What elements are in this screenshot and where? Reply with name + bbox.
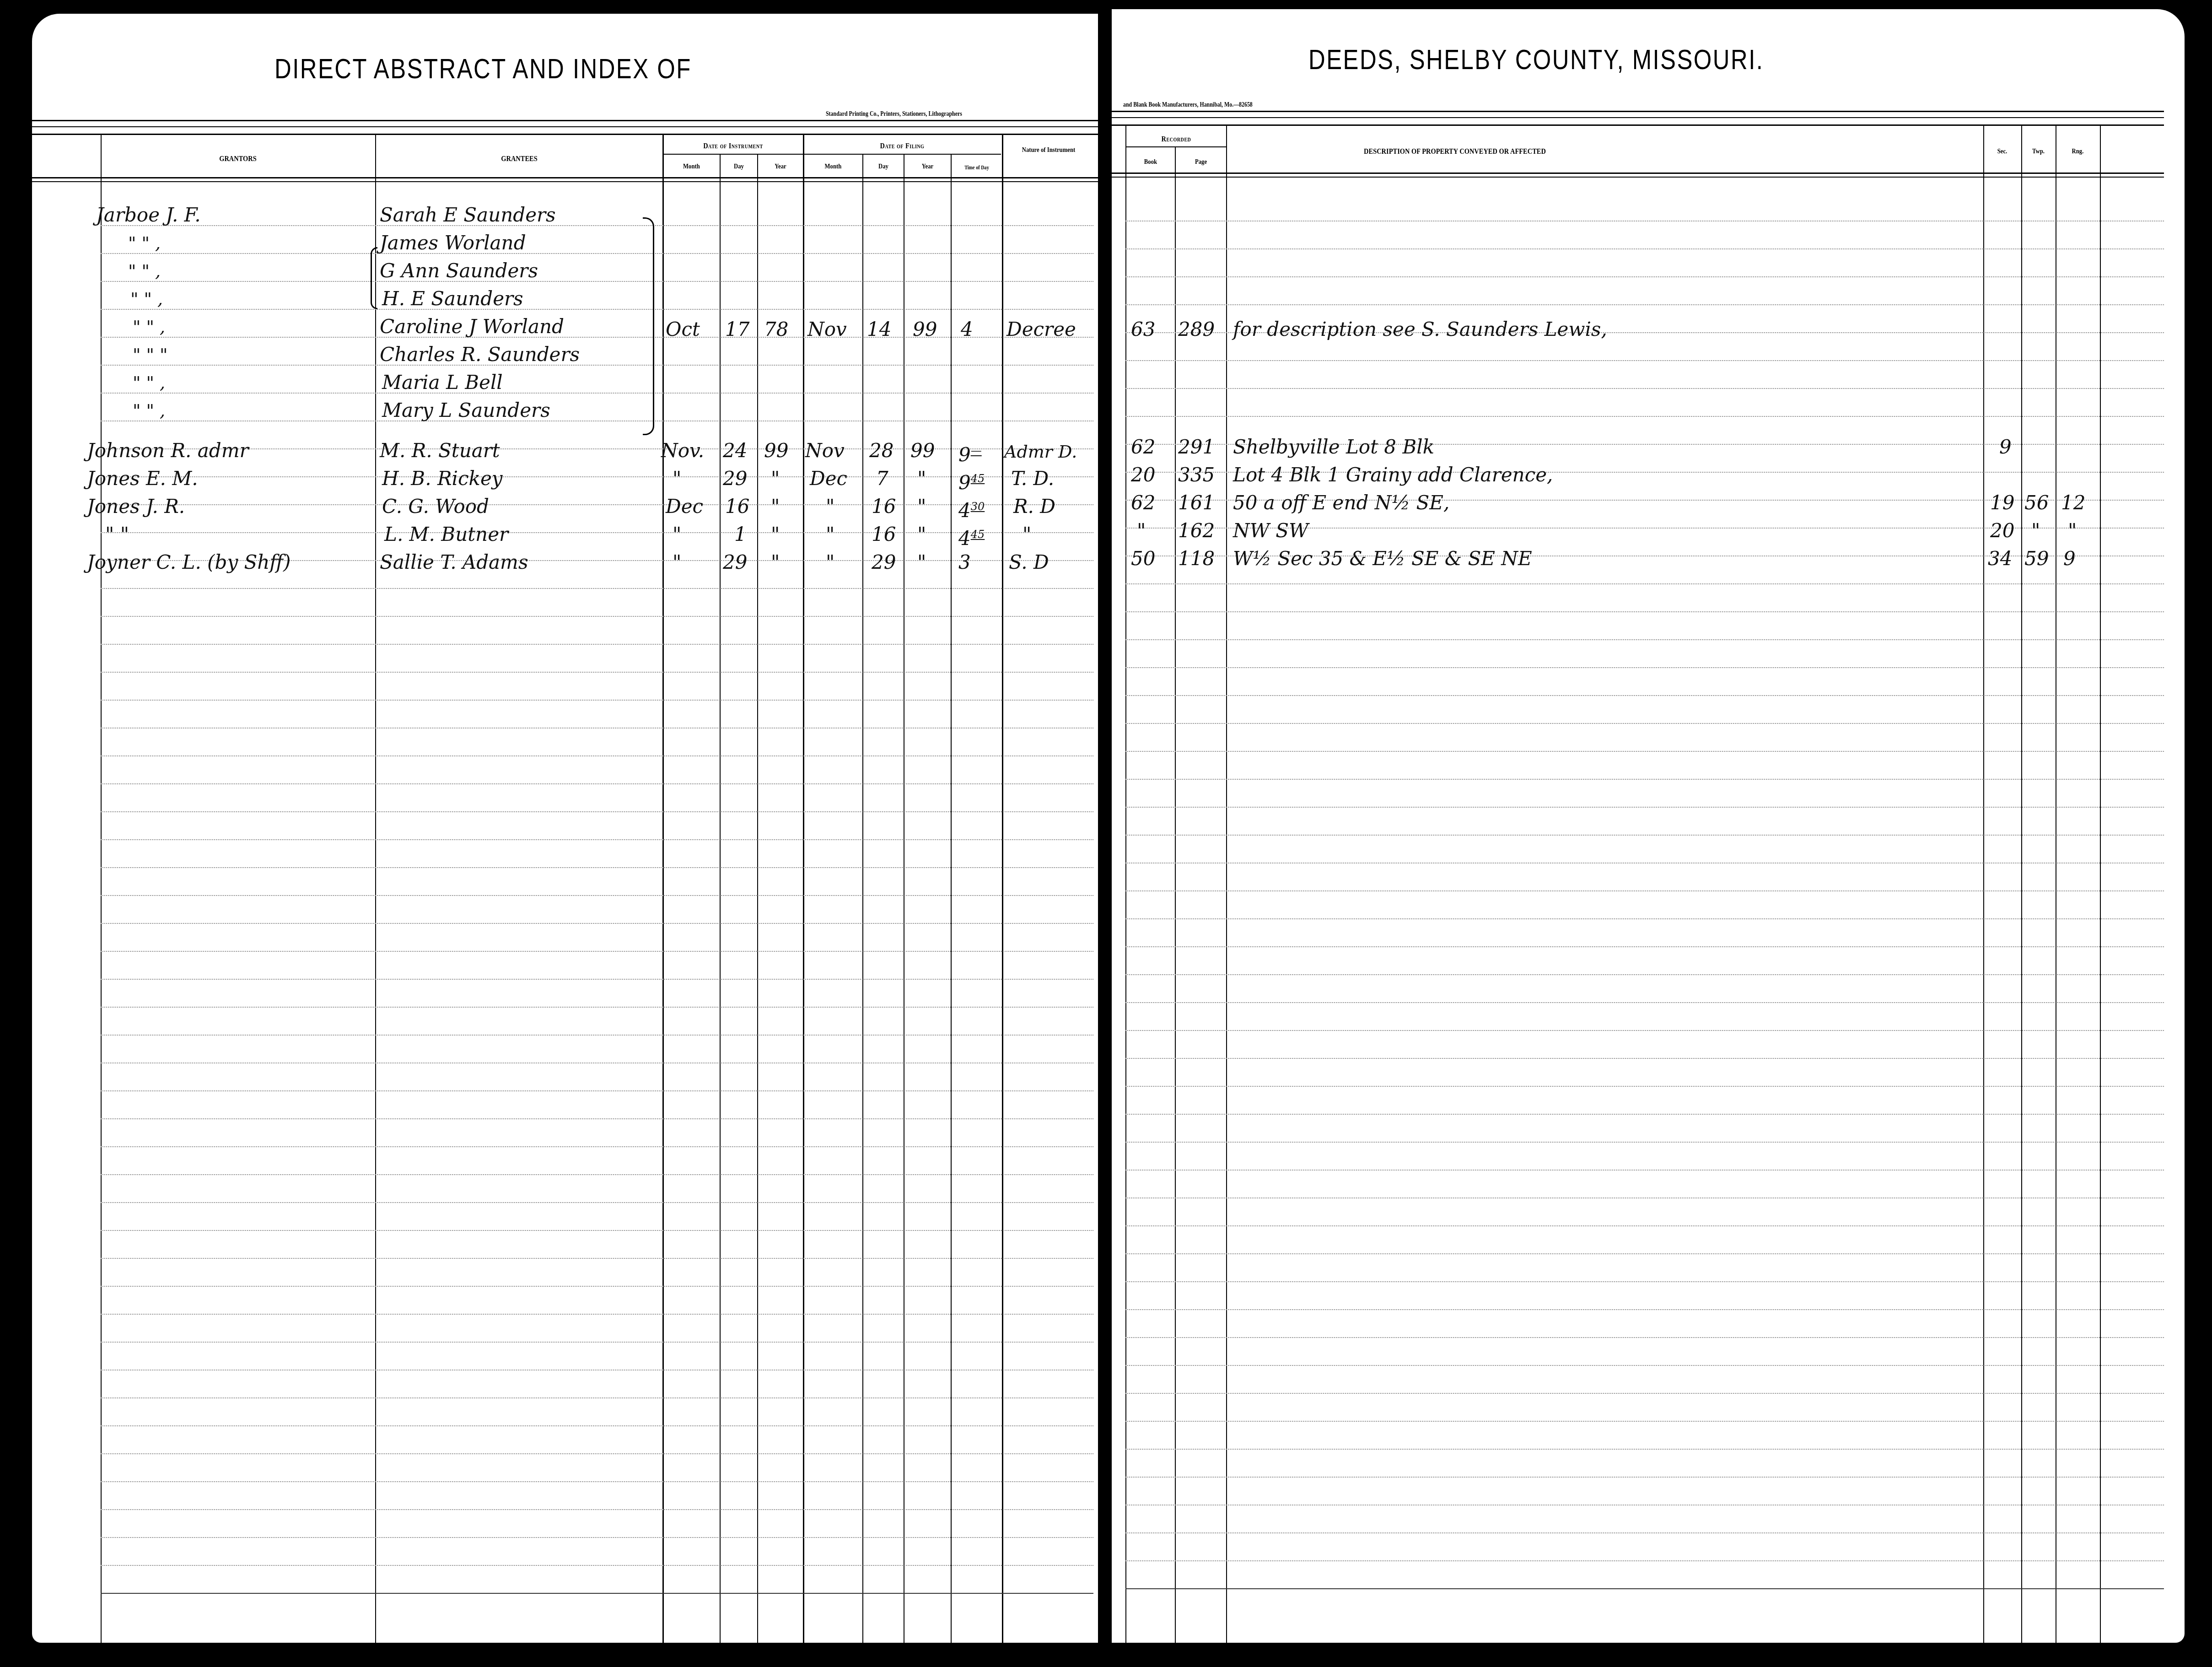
entry-3-book: 20	[1131, 464, 1155, 486]
printer-imprint-right: and Blank Book Manufacturers, Hannibal, …	[1123, 102, 1253, 109]
entry-6-nature: S. D	[1009, 551, 1049, 574]
entry-1-grantor-ditto: " " ,	[133, 399, 165, 422]
entry-5-time: 445	[958, 523, 985, 550]
entry-2-description: Shelbyville Lot 8 Blk	[1233, 436, 1434, 459]
entry-1-file-month: Nov	[807, 318, 847, 341]
entry-5-inst-day: 1	[734, 523, 747, 546]
entry-6-file-day: 29	[872, 551, 896, 574]
entry-4-inst-year: "	[771, 495, 780, 518]
entry-3-inst-year: "	[771, 467, 780, 490]
entry-2-inst-year: 99	[764, 439, 788, 462]
entry-2-grantor: Johnson R. admr	[87, 439, 249, 462]
entry-2-nature: Admr D.	[1004, 440, 1077, 463]
entry-6-time: 3	[958, 551, 971, 574]
entry-5-grantor: " "	[105, 523, 129, 546]
header-time-of-day: Time of Day	[955, 163, 998, 172]
entry-5-description: NW SW	[1233, 519, 1308, 542]
entry-6-inst-month: "	[673, 551, 681, 574]
entry-6-page: 118	[1178, 547, 1215, 570]
entry-4-sec: 19	[1990, 491, 2014, 514]
entry-2-grantee: M. R. Stuart	[380, 439, 500, 462]
entry-4-inst-day: 16	[725, 495, 749, 518]
entry-6-inst-year: "	[771, 551, 780, 574]
entry-3-grantee: H. B. Rickey	[382, 467, 503, 490]
entry-4-file-year: "	[917, 495, 926, 518]
header-inst-year: Year	[761, 162, 799, 171]
entry-2-page: 291	[1178, 436, 1215, 459]
entry-5-inst-year: "	[771, 523, 780, 546]
header-file-year: Year	[908, 162, 947, 171]
header-file-month: Month	[808, 162, 858, 171]
entry-3-file-month: Dec	[810, 467, 847, 490]
entry-4-nature: R. D	[1013, 495, 1055, 518]
entry-4-grantee: C. G. Wood	[382, 495, 489, 518]
entry-3-inst-month: "	[673, 467, 681, 490]
entry-4-file-day: 16	[872, 495, 896, 518]
entry-1-grantor-ditto: " " "	[133, 343, 168, 366]
book-edge-right	[2185, 0, 2212, 1667]
header-date-of-instrument: Date of Instrument	[674, 142, 792, 150]
entry-1-grantee: Sarah E Saunders	[380, 204, 556, 227]
entry-2-file-month: Nov	[805, 439, 845, 462]
page-title-right: DEEDS, SHELBY COUNTY, MISSOURI.	[1308, 43, 1764, 76]
entry-4-book: 62	[1131, 491, 1155, 514]
entry-2-time: 9—	[958, 439, 982, 466]
entry-4-time: 430	[958, 495, 985, 522]
entry-2-file-day: 28	[869, 439, 893, 462]
entry-1-grantor: Jarboe J. F.	[96, 204, 201, 227]
entry-6-file-year: "	[917, 551, 926, 574]
left-page: DIRECT ABSTRACT AND INDEX OF Standard Pr…	[32, 14, 1098, 1643]
entry-1-grantor-ditto: " " ,	[128, 259, 161, 282]
entry-1-page: 289	[1178, 318, 1215, 341]
header-book: Book	[1130, 158, 1171, 166]
entry-5-file-year: "	[917, 523, 926, 546]
entry-1-grantee: Charles R. Saunders	[380, 343, 580, 366]
entry-4-grantor: Jones J. R.	[87, 495, 185, 518]
entry-1-grantee: H. E Saunders	[382, 287, 523, 310]
entry-5-rng: "	[2068, 519, 2077, 542]
entry-6-twp: 59	[2024, 547, 2049, 570]
entry-1-nature: Decree	[1006, 318, 1076, 341]
entry-1-grantor-ditto: " " ,	[133, 315, 165, 338]
entry-3-page: 335	[1178, 464, 1215, 486]
entry-3-time: 945	[958, 467, 985, 494]
entry-3-grantor: Jones E. M.	[87, 467, 198, 490]
entry-1-grantee: G Ann Saunders	[380, 259, 538, 282]
header-grantees: GRANTEES	[401, 155, 638, 163]
entry-6-book: 50	[1131, 547, 1155, 570]
entry-6-inst-day: 29	[723, 551, 747, 574]
entry-4-twp: 56	[2024, 491, 2049, 514]
entry-5-file-day: 16	[872, 523, 896, 546]
entry-1-grantor-ditto: " " ,	[133, 371, 165, 394]
right-page: DEEDS, SHELBY COUNTY, MISSOURI. and Blan…	[1112, 9, 2185, 1643]
header-grantors: GRANTORS	[125, 155, 351, 163]
entry-5-book: "	[1137, 519, 1146, 542]
entry-4-description: 50 a off E end N½ SE,	[1233, 491, 1449, 514]
entry-1-grantor-ditto: " " ,	[130, 287, 163, 310]
entry-1-inst-month: Oct	[666, 318, 700, 341]
entry-3-inst-day: 29	[723, 467, 747, 490]
entry-5-page: 162	[1178, 519, 1215, 542]
header-date-of-filing: Date of Filing	[818, 142, 986, 150]
entry-5-nature: "	[1023, 523, 1031, 546]
entry-5-sec: 20	[1990, 519, 2014, 542]
entry-1-grantee: Caroline J Worland	[380, 315, 564, 338]
header-sec: Sec.	[1986, 147, 2018, 156]
entry-1-grantee: Mary L Saunders	[382, 399, 550, 422]
entry-5-twp: "	[2031, 519, 2040, 542]
entry-5-grantee: L. M. Butner	[384, 523, 508, 546]
entry-1-inst-day: 17	[725, 318, 749, 341]
entry-6-grantor: Joyner C. L. (by Shff)	[87, 551, 291, 574]
entry-3-nature: T. D.	[1011, 467, 1054, 490]
header-inst-day: Day	[723, 162, 754, 171]
entry-2-sec: 9	[1999, 436, 2012, 459]
entry-4-rng: 12	[2061, 491, 2085, 514]
grantees-brace	[643, 217, 654, 435]
entry-6-rng: 9	[2063, 547, 2076, 570]
grantees-brace-left	[371, 247, 377, 309]
entry-1-time: 4	[961, 318, 973, 341]
entry-4-page: 161	[1178, 491, 1215, 514]
entry-2-inst-month: Nov.	[661, 439, 704, 462]
entry-3-file-day: 7	[876, 467, 888, 490]
entry-1-file-day: 14	[867, 318, 891, 341]
entry-6-grantee: Sallie T. Adams	[380, 551, 528, 574]
entry-2-inst-day: 24	[723, 439, 747, 462]
printer-imprint-left: Standard Printing Co., Printers, Station…	[826, 111, 962, 118]
header-inst-month: Month	[667, 162, 716, 171]
header-nature-of-instrument: Nature of Instrument	[1010, 146, 1087, 154]
entry-6-file-month: "	[826, 551, 834, 574]
entry-1-grantee: Maria L Bell	[382, 371, 503, 394]
entry-4-file-month: "	[826, 495, 834, 518]
header-file-day: Day	[867, 162, 901, 171]
entry-4-inst-month: Dec	[666, 495, 703, 518]
entry-1-grantee: James Worland	[380, 232, 526, 254]
entry-6-description: W½ Sec 35 & E½ SE & SE NE	[1233, 547, 1532, 570]
entry-3-description: Lot 4 Blk 1 Grainy add Clarence,	[1233, 464, 1553, 486]
entry-1-book: 63	[1131, 318, 1155, 341]
entry-2-file-year: 99	[910, 439, 935, 462]
entry-5-inst-month: "	[673, 523, 681, 546]
header-page: Page	[1179, 158, 1222, 166]
entry-3-file-year: "	[917, 467, 926, 490]
book-gutter	[1096, 0, 1114, 1667]
entry-1-description: for description see S. Saunders Lewis,	[1233, 318, 1607, 341]
header-rng: Rng.	[2059, 147, 2096, 156]
entry-1-file-year: 99	[913, 318, 937, 341]
header-description: DESCRIPTION OF PROPERTY CONVEYED OR AFFE…	[1260, 147, 1649, 156]
entry-1-grantor-ditto: " " ,	[128, 232, 161, 254]
header-recorded: Recorded	[1134, 135, 1218, 143]
entry-1-inst-year: 78	[764, 318, 788, 341]
header-twp: Twp.	[2024, 147, 2053, 156]
page-title-left: DIRECT ABSTRACT AND INDEX OF	[274, 53, 692, 85]
entry-6-sec: 34	[1988, 547, 2012, 570]
book-edge-left	[0, 0, 32, 1667]
entry-5-file-month: "	[826, 523, 834, 546]
entry-2-book: 62	[1131, 436, 1155, 459]
